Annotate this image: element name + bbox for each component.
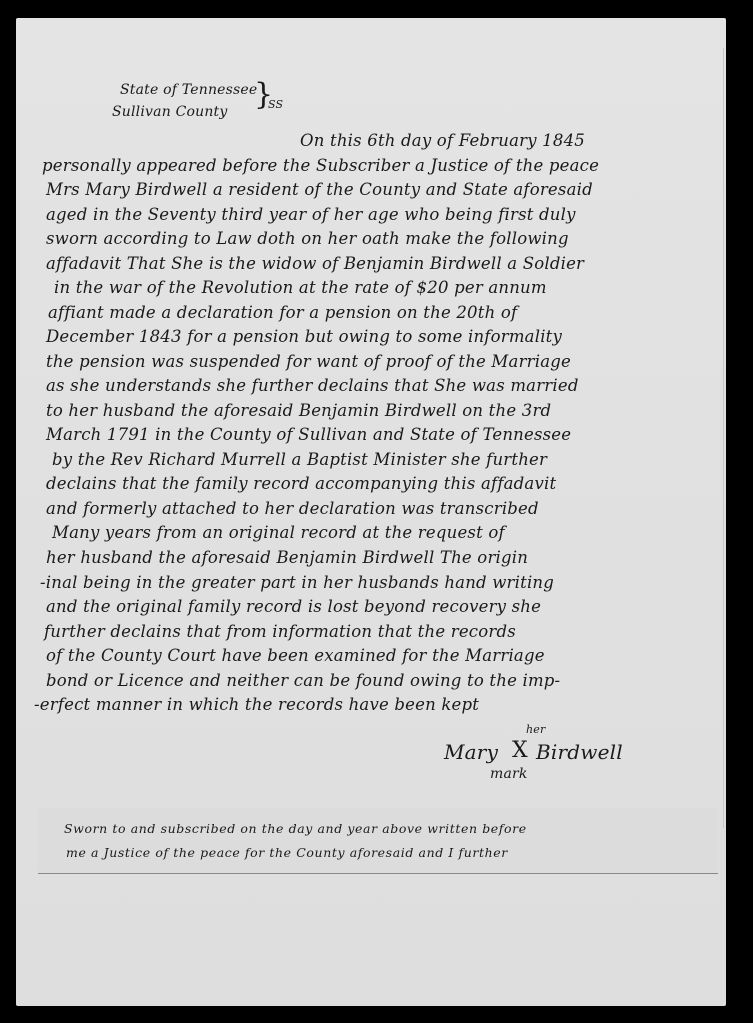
body-line: Many years from an original record at th… (52, 523, 505, 542)
signature-mark-label: mark (490, 766, 528, 782)
body-line: sworn according to Law doth on her oath … (46, 229, 569, 248)
body-line: bond or Licence and neither can be found… (46, 671, 560, 690)
page-edge-line (723, 48, 724, 828)
heading-ss: SS (268, 98, 283, 111)
body-line: to her husband the aforesaid Benjamin Bi… (46, 401, 551, 420)
body-line: by the Rev Richard Murrell a Baptist Min… (52, 450, 547, 469)
body-line: her husband the aforesaid Benjamin Birdw… (46, 548, 528, 567)
heading-county: Sullivan County (112, 104, 227, 120)
body-line: declains that the family record accompan… (46, 474, 556, 493)
body-line: December 1843 for a pension but owing to… (46, 327, 562, 346)
body-line: -inal being in the greater part in her h… (40, 573, 554, 592)
body-line: affiant made a declaration for a pension… (48, 303, 517, 322)
signature-her: her (526, 723, 545, 736)
body-line: as she understands she further declains … (46, 376, 579, 395)
body-line: the pension was suspended for want of pr… (46, 352, 571, 371)
body-line: further declains that from information t… (44, 622, 516, 641)
jurat-slip: Sworn to and subscribed on the day and y… (38, 808, 718, 874)
date-line: On this 6th day of February 1845 (300, 131, 585, 150)
body-line: aged in the Seventy third year of her ag… (46, 205, 576, 224)
body-line: Mrs Mary Birdwell a resident of the Coun… (46, 180, 593, 199)
body-line: in the war of the Revolution at the rate… (54, 278, 547, 297)
body-line: March 1791 in the County of Sullivan and… (46, 425, 571, 444)
body-line: of the County Court have been examined f… (46, 646, 545, 665)
jurat-line: Sworn to and subscribed on the day and y… (64, 821, 527, 836)
body-line: and formerly attached to her declaration… (46, 499, 539, 518)
body-line: -erfect manner in which the records have… (34, 695, 479, 714)
body-line: affadavit That She is the widow of Benja… (46, 254, 584, 273)
body-line: and the original family record is lost b… (46, 597, 541, 616)
heading-state: State of Tennessee (120, 82, 257, 98)
jurat-line: me a Justice of the peace for the County… (66, 845, 508, 860)
signature-mark-x: X (512, 738, 528, 763)
body-line: personally appeared before the Subscribe… (42, 156, 599, 175)
signature-first-name: Mary (444, 740, 498, 764)
signature-last-name: Birdwell (536, 740, 623, 764)
